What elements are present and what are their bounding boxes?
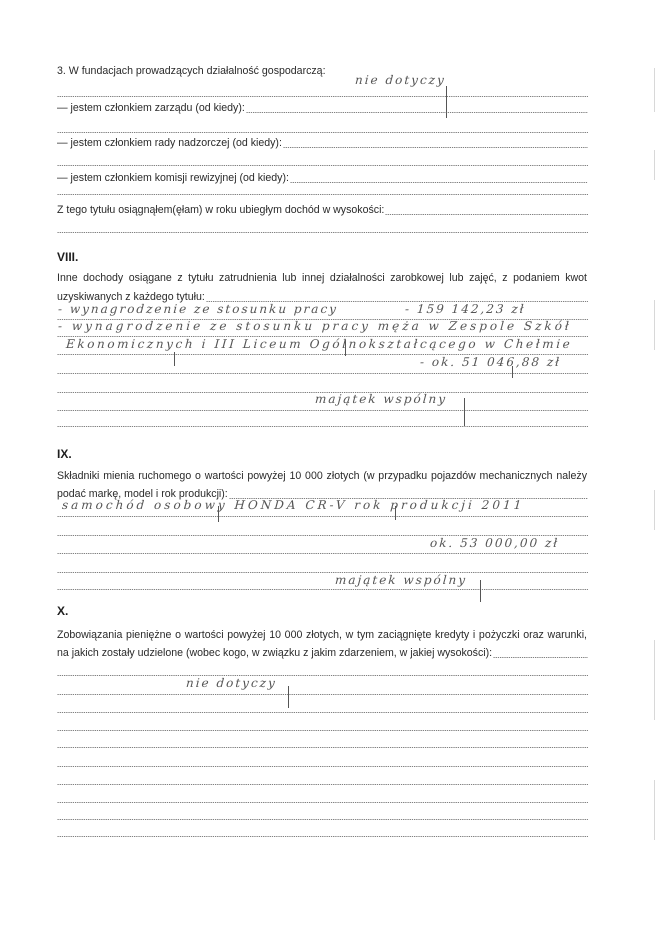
dotted-line (57, 772, 588, 788)
handwritten-income-1: - wynagrodzenie ze stosunku pracy (58, 302, 339, 316)
handwritten-stroke (174, 352, 175, 366)
handwritten-stroke (395, 506, 396, 520)
dotted-line (57, 560, 588, 576)
field-label: Z tego tytułu osiągnąłem(ęłam) w roku ub… (57, 202, 385, 218)
handwritten-note-joint-property: majątek wspólny (315, 392, 448, 406)
dotted-line (57, 220, 588, 236)
scan-artifact (654, 68, 655, 112)
scan-artifact (654, 300, 655, 350)
section-x-heading: X. (57, 604, 68, 618)
dotted-line (57, 541, 588, 557)
section-x-prompt-1: Zobowiązania pieniężne o wartości powyże… (57, 627, 588, 643)
handwritten-stroke (480, 580, 481, 602)
dotted-line (57, 735, 588, 751)
handwritten-vehicle: samochód osobowy HONDA CR-V rok produkcj… (62, 498, 525, 512)
field-income[interactable]: Z tego tytułu osiągnąłem(ęłam) w roku ub… (57, 202, 588, 218)
dotted-line (57, 700, 588, 716)
section-viii-prompt-1: Inne dochody osiągane z tytułu zatrudnie… (57, 270, 588, 286)
dotted-line (57, 718, 588, 734)
scan-artifact (654, 640, 655, 720)
section-3-title-row: 3. W fundacjach prowadzących działalność… (57, 63, 588, 79)
scan-artifact (654, 780, 655, 840)
handwritten-stroke (345, 340, 346, 356)
section-ix-heading: IX. (57, 447, 72, 461)
section-ix-prompt-1: Składniki mienia ruchomego o wartości po… (57, 468, 588, 484)
handwritten-income-2: - wynagrodzenie ze stosunku pracy męża w… (58, 319, 573, 333)
dotted-line (57, 754, 588, 770)
handwritten-stroke (512, 366, 513, 378)
dotted-line (57, 84, 588, 100)
section-3-title: 3. W fundacjach prowadzących działalność… (57, 63, 327, 79)
handwritten-amount-2: - ok. 51 046,88 zł (420, 355, 562, 369)
dotted-line (57, 807, 588, 823)
handwritten-amount-1: - 159 142,23 zł (405, 302, 527, 316)
field-label: — jestem członkiem zarządu (od kiedy): (57, 100, 246, 116)
dotted-line (57, 414, 588, 430)
handwritten-answer: nie dotyczy (355, 73, 447, 87)
field-supervisory-board[interactable]: — jestem członkiem rady nadzorczej (od k… (57, 135, 588, 151)
dotted-line (57, 182, 588, 198)
field-management-board[interactable]: — jestem członkiem zarządu (od kiedy): (57, 100, 588, 116)
declaration-page: 3. W fundacjach prowadzących działalność… (0, 0, 665, 941)
section-x-prompt-2[interactable]: na jakich zostały udzielone (wobec kogo,… (57, 645, 588, 661)
handwritten-stroke (218, 506, 219, 522)
field-label: — jestem członkiem rady nadzorczej (od k… (57, 135, 283, 151)
section-viii-heading: VIII. (57, 250, 78, 264)
dotted-line (57, 824, 588, 840)
handwritten-income-3: Ekonomicznych i III Liceum Ogólnokształc… (66, 337, 573, 351)
dotted-line (57, 790, 588, 806)
dotted-line (57, 663, 588, 679)
dotted-line (57, 577, 588, 593)
dotted-line (57, 682, 588, 698)
scan-artifact (654, 150, 655, 180)
dotted-line (57, 153, 588, 169)
scan-artifact (654, 490, 655, 530)
dotted-line (57, 120, 588, 136)
